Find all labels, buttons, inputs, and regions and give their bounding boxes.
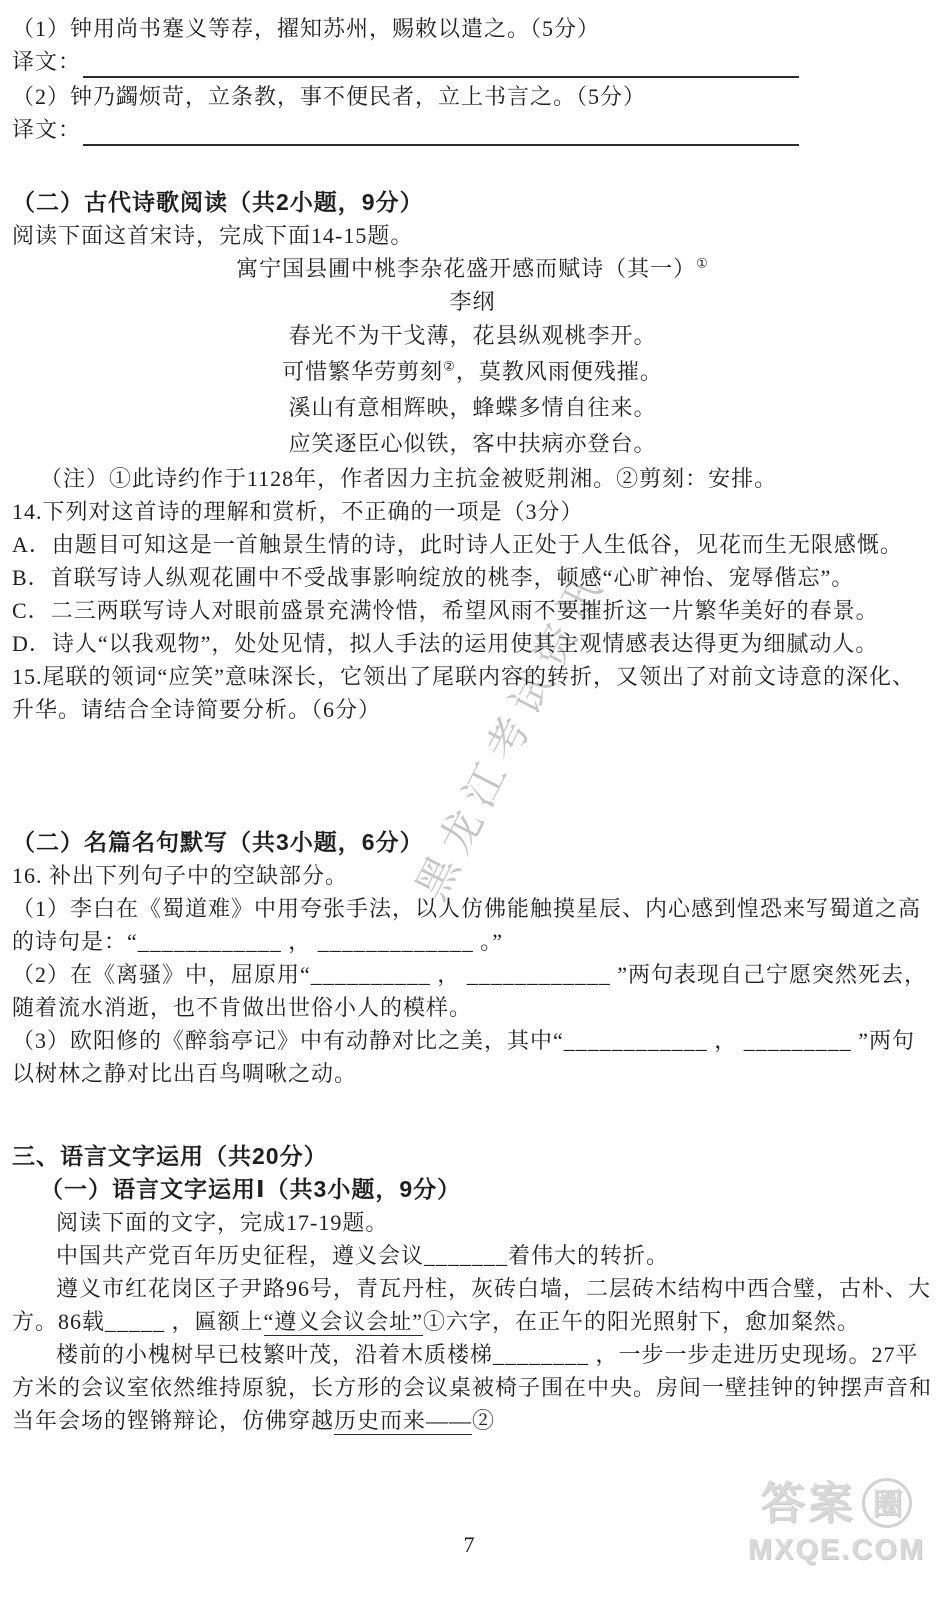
paragraph-2-text-rest: ①六字，在正午的阳光照射下，愈加粲然。	[423, 1309, 860, 1334]
poem-title-footnote-mark: ①	[696, 256, 709, 271]
poem-note: （注）①此诗约作于1128年，作者因力主抗金被贬荆湘。②剪刻：安排。	[12, 462, 933, 495]
poem-line-2-text: 可惜繁华劳剪刻	[282, 359, 443, 384]
language-section-header: 三、语言文字运用（共20分）	[12, 1140, 933, 1173]
paragraph-2-underlined-phrase: “遵义会议会址”	[264, 1309, 424, 1336]
poem-title-text: 寓宁国县圃中桃李杂花盛开感而赋诗（其一）	[236, 256, 696, 281]
poem-line-2-text-rest: ，莫教风雨便残摧。	[456, 359, 663, 384]
logo-chinese-name: 答案圈	[748, 1478, 925, 1530]
poem-line-4: 应笑逐臣心似铁，客中扶病亦登台。	[12, 426, 933, 462]
exam-page: 黑龙江考试资讯 （1）钟用尚书蹇义等荐，擢知苏州，赐敕以遣之。（5分） 译文： …	[0, 0, 939, 1600]
question-14-option-b: B．首联写诗人纵观花圃中不受战事影响绽放的桃李，顿感“心旷神怡、宠辱偕忘”。	[12, 561, 933, 594]
poetry-intro: 阅读下面这首宋诗，完成下面14-15题。	[12, 219, 933, 252]
language-intro: 阅读下面的文字，完成17-19题。	[12, 1206, 933, 1239]
question-14-option-c: C．二三两联写诗人对眼前盛景充满怜惜，希望风雨不要摧折这一片繁华美好的春景。	[12, 594, 933, 627]
translation-label-1: 译文：	[12, 45, 81, 78]
answer-blank-line-1	[83, 54, 799, 78]
language-subsection-header: （一）语言文字运用Ⅰ（共3小题，9分）	[12, 1173, 933, 1206]
poem-line-3: 溪山有意相辉映，蜂蝶多情自往来。	[12, 390, 933, 426]
question-14-option-a: A．由题目可知这是一首触景生情的诗，此时诗人正处于人生低谷，见花而生无限感慨。	[12, 528, 933, 561]
translation-answer-row-1: 译文：	[12, 45, 933, 78]
logo-site-url: MXQE.COM	[748, 1534, 925, 1567]
poem-author: 李纲	[12, 285, 933, 318]
translation-answer-row-2: 译文：	[12, 113, 933, 146]
answer-blank-line-2	[83, 122, 799, 146]
translation-q2: （2）钟乃蠲烦苛，立条教，事不便民者，立上书言之。（5分）	[12, 80, 933, 113]
translation-label-2: 译文：	[12, 113, 81, 146]
poem-body: 春光不为干戈薄，花县纵观桃李开。 可惜繁华劳剪刻②，莫教风雨便残摧。 溪山有意相…	[12, 318, 933, 462]
question-14-option-d: D．诗人“以我观物”，处处见情，拟人手法的运用使其主观情感表达得更为细腻动人。	[12, 627, 933, 660]
site-logo: 答案圈 MXQE.COM	[748, 1478, 925, 1567]
language-paragraph-1: 中国共产党百年历史征程，遵义会议_______着伟大的转折。	[12, 1239, 933, 1272]
page-content: （1）钟用尚书蹇义等荐，擢知苏州，赐敕以遣之。（5分） 译文： （2）钟乃蠲烦苛…	[12, 12, 933, 1437]
question-15: 15.尾联的领词“应笑”意味深长，它领出了尾联内容的转折，又领出了对前文诗意的深…	[12, 660, 933, 726]
question-14: 14.下列对这首诗的理解和赏析，不正确的一项是（3分）	[12, 495, 933, 528]
language-paragraph-3: 楼前的小槐树早已枝繁叶茂，沿着木质楼梯________ ，一步一步走进历史现场。…	[12, 1338, 933, 1437]
dictation-section-header: （二）名篇名句默写（共3小题，6分）	[12, 826, 933, 859]
question-16-item-2: （2）在《离骚》中，屈原用“__________ ， ____________ …	[12, 958, 933, 1024]
poetry-section-header: （二）古代诗歌阅读（共2小题，9分）	[12, 186, 933, 219]
language-paragraph-2: 遵义市红花岗区子尹路96号，青瓦丹柱，灰砖白墙，二层砖木结构中西合璧，古朴、大方…	[12, 1272, 933, 1338]
poem-line-1: 春光不为干戈薄，花县纵观桃李开。	[12, 318, 933, 354]
paragraph-3-text-rest: ②	[472, 1408, 495, 1433]
poem-line-2: 可惜繁华劳剪刻②，莫教风雨便残摧。	[12, 354, 933, 390]
question-16-item-3: （3）欧阳修的《醉翁亭记》中有动静对比之美，其中“____________ ， …	[12, 1024, 933, 1090]
question-16-item-1: （1）李白在《蜀道难》中用夸张手法，以人仿佛能触摸星辰、内心感到惶恐来写蜀道之高…	[12, 892, 933, 958]
poem-title: 寓宁国县圃中桃李杂花盛开感而赋诗（其一）①	[12, 252, 933, 285]
logo-text: 答案	[760, 1479, 856, 1528]
logo-circle-icon: 圈	[862, 1478, 912, 1528]
question-16: 16. 补出下列句子中的空缺部分。	[12, 859, 933, 892]
paragraph-3-underlined-phrase: 历史而来——	[334, 1408, 472, 1435]
poem-line-2-footnote-mark: ②	[443, 359, 456, 374]
translation-q1: （1）钟用尚书蹇义等荐，擢知苏州，赐敕以遣之。（5分）	[12, 12, 933, 45]
